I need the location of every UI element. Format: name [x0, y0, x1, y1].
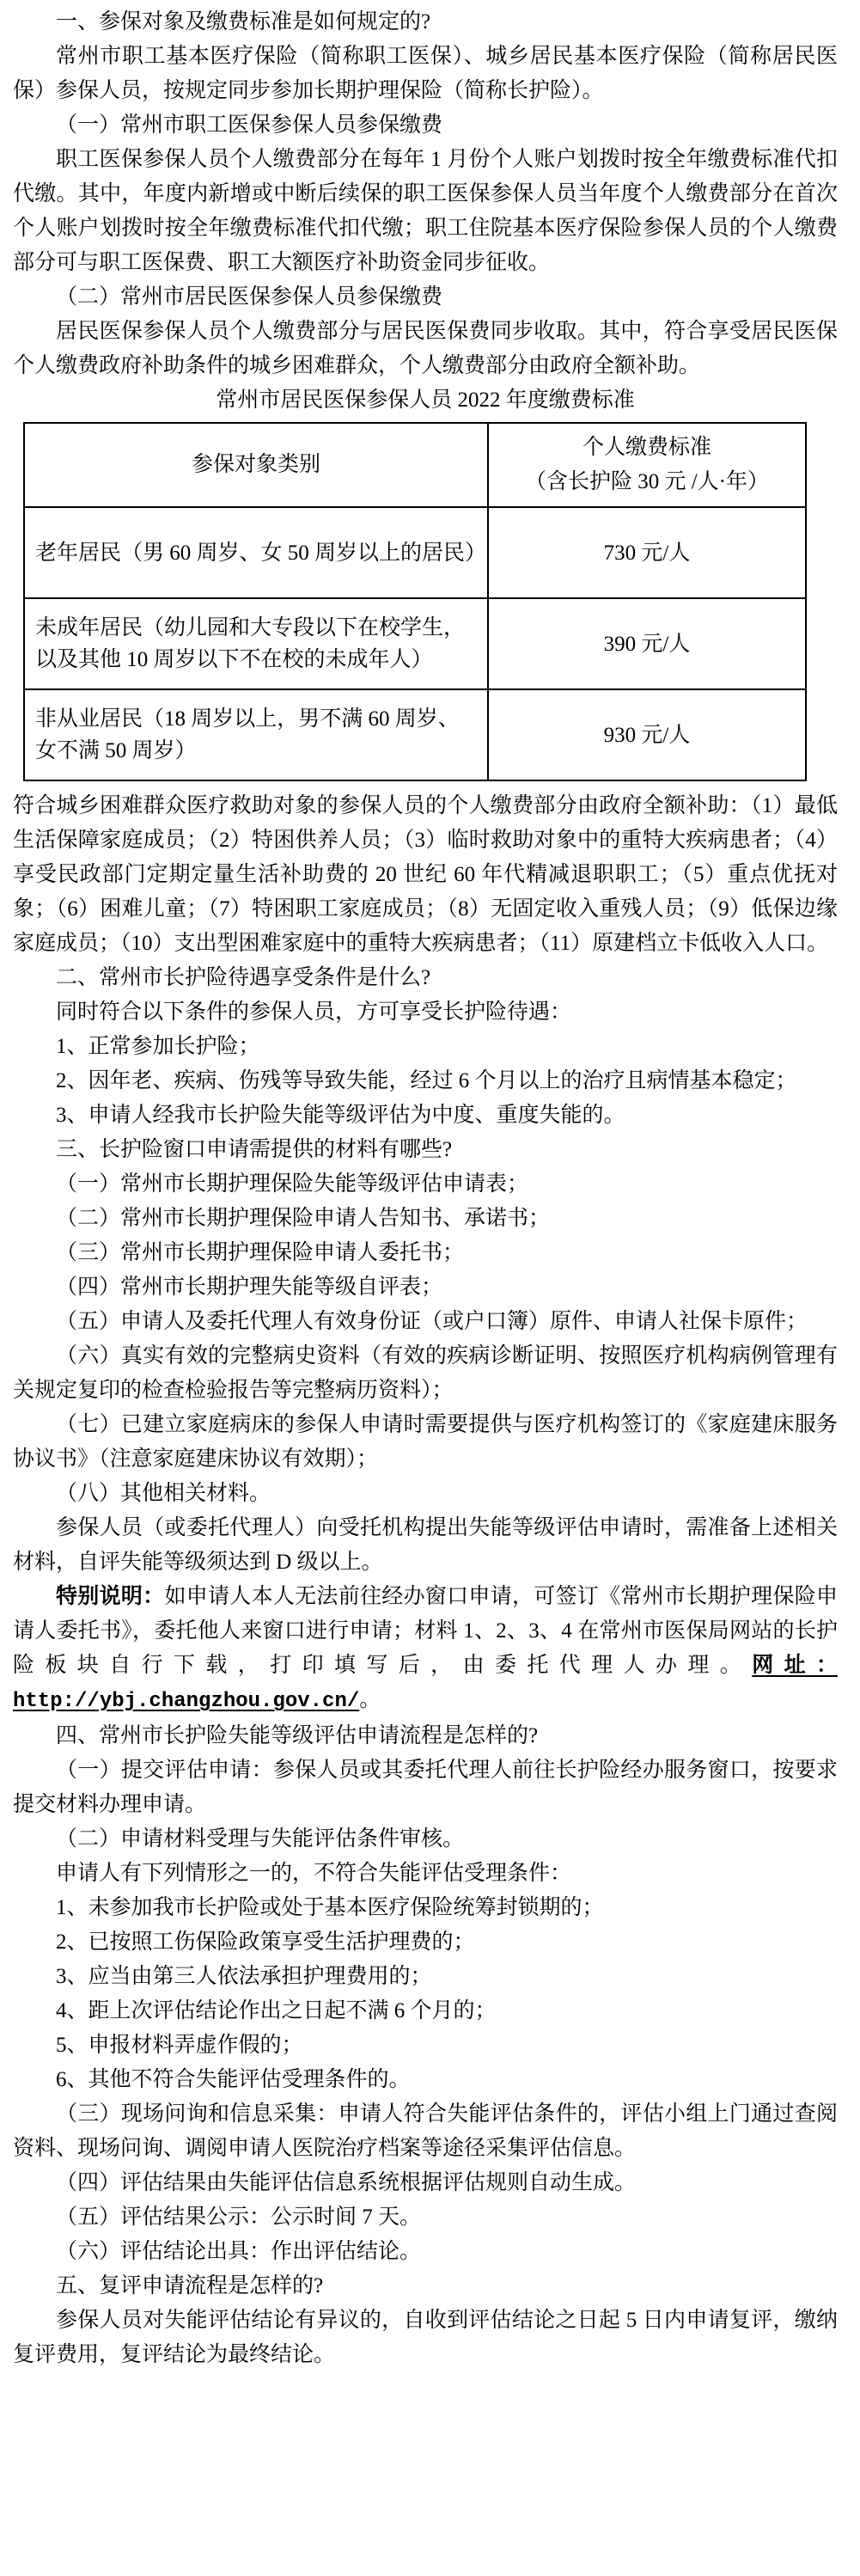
table-row: 非从业居民（18 周岁以上，男不满 60 周岁、女不满 50 周岁）930 元/…: [24, 689, 806, 780]
paragraph: （一）常州市长期护理保险失能等级评估申请表；: [13, 1167, 838, 1202]
section-heading: 四、常州市长护险失能等级评估申请流程是怎样的?: [13, 1719, 838, 1753]
paragraph: 3、申请人经我市长护险失能等级评估为中度、重度失能的。: [13, 1098, 838, 1133]
paragraph: 居民医保参保人员个人缴费部分与居民医保费同步收取。其中，符合享受居民医保个人缴费…: [13, 315, 838, 383]
paragraph: 符合城乡困难群众医疗救助对象的参保人员的个人缴费部分由政府全额补助：（1）最低生…: [13, 789, 838, 961]
section-heading: 五、复评申请流程是怎样的?: [13, 2269, 838, 2304]
paragraph: （六）真实有效的完整病史资料（有效的疾病诊断证明、按照医疗机构病例管理有关规定复…: [13, 1339, 838, 1408]
paragraph: 1、未参加我市长护险或处于基本医疗保险统筹封锁期的；: [13, 1891, 838, 1925]
section-heading: 三、长护险窗口申请需提供的材料有哪些?: [13, 1133, 838, 1167]
note-text: 。: [359, 1688, 381, 1711]
paragraph: （四）评估结果由失能评估信息系统根据评估规则自动生成。: [13, 2166, 838, 2200]
paragraph: （四）常州市长期护理失能等级自评表；: [13, 1270, 838, 1305]
category-cell: 未成年居民（幼儿园和大专段以下在校学生，以及其他 10 周岁以下不在校的未成年人…: [24, 598, 488, 689]
subsection-heading: （一）常州市职工医保参保人员参保缴费: [13, 108, 838, 143]
paragraph: 1、正常参加长护险；: [13, 1030, 838, 1064]
paragraph: 3、应当由第三人依法承担护理费用的；: [13, 1960, 838, 1994]
paragraph: 参保人员（或委托代理人）向受托机构提出失能等级评估申请时，需准备上述相关材料，自…: [13, 1511, 838, 1580]
paragraph: 职工医保参保人员个人缴费部分在每年 1 月份个人账户划拨时按全年缴费标准代扣代缴…: [13, 143, 838, 280]
paragraph: 2、已按照工伤保险政策享受生活护理费的；: [13, 1925, 838, 1960]
paragraph: 常州市职工基本医疗保险（简称职工医保）、城乡居民基本医疗保险（简称居民医保）参保…: [13, 40, 838, 108]
fee-amount-cell: 390 元/人: [488, 598, 806, 689]
category-cell: 非从业居民（18 周岁以上，男不满 60 周岁、女不满 50 周岁）: [24, 689, 488, 780]
fee-standard-table: 参保对象类别个人缴费标准 （含长护险 30 元 /人·年）老年居民（男 60 周…: [23, 422, 807, 781]
paragraph: （一）提交评估申请：参保人员或其委托代理人前往长护险经办服务窗口，按要求提交材料…: [13, 1753, 838, 1822]
fee-amount-cell: 930 元/人: [488, 689, 806, 780]
note-label: 特别说明：: [56, 1585, 164, 1608]
website-url-link[interactable]: http://ybj.changzhou.gov.cn/: [13, 1690, 359, 1713]
section-heading: 一、参保对象及缴费标准是如何规定的?: [13, 5, 838, 40]
paragraph: 2、因年老、疾病、伤残等导致失能，经过 6 个月以上的治疗且病情基本稳定；: [13, 1064, 838, 1098]
special-note-paragraph: 特别说明：如申请人本人无法前往经办窗口申请，可签订《常州市长期护理保险申请人委托…: [13, 1580, 838, 1719]
table-row: 未成年居民（幼儿园和大专段以下在校学生，以及其他 10 周岁以下不在校的未成年人…: [24, 598, 806, 689]
paragraph: （五）申请人及委托代理人有效身份证（或户口簿）原件、申请人社保卡原件；: [13, 1305, 838, 1339]
paragraph: （三）现场问询和信息采集：申请人符合失能评估条件的，评估小组上门通过查阅资料、现…: [13, 2097, 838, 2166]
header-cell-category: 参保对象类别: [24, 423, 488, 507]
fee-amount-cell: 730 元/人: [488, 507, 806, 598]
paragraph: （八）其他相关材料。: [13, 1477, 838, 1511]
paragraph: 申请人有下列情形之一的，不符合失能评估受理条件：: [13, 1857, 838, 1891]
table-header-row: 参保对象类别个人缴费标准 （含长护险 30 元 /人·年）: [24, 423, 806, 507]
paragraph: 5、申报材料弄虚作假的；: [13, 2028, 838, 2063]
section-heading: 二、常州市长护险待遇享受条件是什么?: [13, 961, 838, 995]
table-title: 常州市居民医保参保人员 2022 年度缴费标准: [13, 383, 838, 418]
paragraph: （六）评估结论出具：作出评估结论。: [13, 2235, 838, 2269]
paragraph: （二）常州市长期护理保险申请人告知书、承诺书；: [13, 1202, 838, 1236]
header-cell-fee-standard: 个人缴费标准 （含长护险 30 元 /人·年）: [488, 423, 806, 507]
paragraph: （五）评估结果公示：公示时间 7 天。: [13, 2200, 838, 2235]
category-cell: 老年居民（男 60 周岁、女 50 周岁以上的居民）: [24, 507, 488, 598]
table-row: 老年居民（男 60 周岁、女 50 周岁以上的居民）730 元/人: [24, 507, 806, 598]
paragraph: （三）常州市长期护理保险申请人委托书；: [13, 1236, 838, 1270]
paragraph: 6、其他不符合失能评估受理条件的。: [13, 2063, 838, 2097]
subsection-heading: （二）常州市居民医保参保人员参保缴费: [13, 280, 838, 315]
paragraph: 4、距上次评估结论作出之日起不满 6 个月的；: [13, 1994, 838, 2028]
paragraph: （七）已建立家庭病床的参保人申请时需要提供与医疗机构签订的《家庭建床服务协议书》…: [13, 1408, 838, 1477]
note-label: 网址：: [752, 1654, 838, 1677]
document-body: 一、参保对象及缴费标准是如何规定的?常州市职工基本医疗保险（简称职工医保）、城乡…: [0, 0, 860, 2372]
paragraph: 参保人员对失能评估结论有异议的，自收到评估结论之日起 5 日内申请复评，缴纳复评…: [13, 2304, 838, 2372]
paragraph: 同时符合以下条件的参保人员，方可享受长护险待遇：: [13, 995, 838, 1030]
paragraph: （二）申请材料受理与失能评估条件审核。: [13, 1822, 838, 1857]
